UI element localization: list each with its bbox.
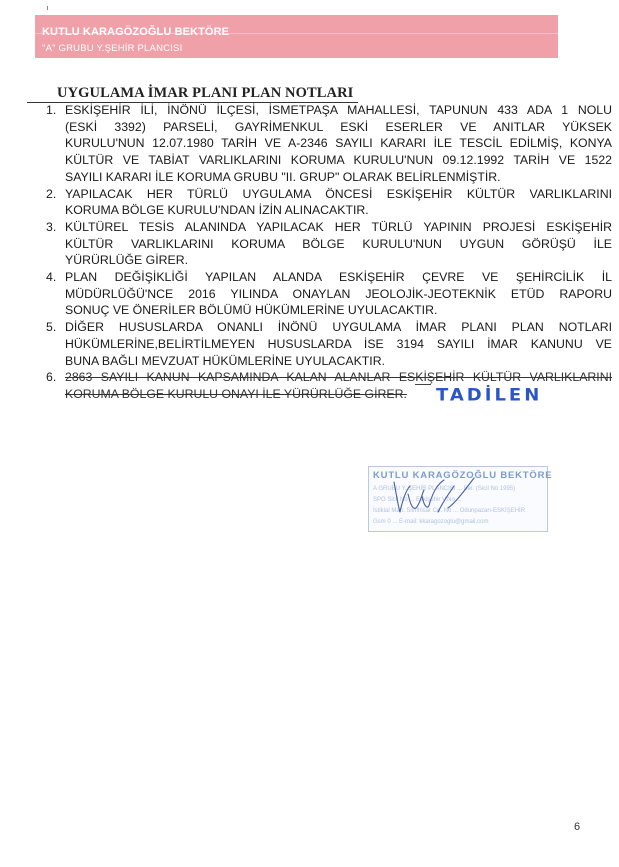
note-line: KÜLTÜREL TESİS ALANINDA YAPILACAK HER TÜ… [65,219,612,236]
note-number: 1. [46,102,56,119]
note-line: YAPILACAK HER TÜRLÜ UYGULAMA ÖNCESİ ESKİ… [65,186,612,203]
note-number: 6. [46,369,56,386]
note-number: 2. [46,186,56,203]
note-line: DİĞER HUSUSLARDA ONANLI İNÖNÜ UYGULAMA İ… [65,319,612,336]
plan-note-1: 1.ESKİŞEHİR İLİ, İNÖNÜ İLÇESİ, İSMETPAŞA… [46,102,612,186]
signature-icon [388,472,478,516]
note-line: SAYILI KARARI İLE KORUMA GRUBU "II. GRUP… [65,169,612,186]
plan-note-4: 4.PLAN DEĞİŞİKLİĞİ YAPILAN ALANDA ESKİŞE… [46,269,612,319]
amendment-stamp: TADİLEN [436,386,542,406]
note-line: (ESKİ 3392) PARSELİ, GAYRİMENKUL ESKİ ES… [65,119,612,136]
scan-mark [47,6,48,10]
planner-title: "A" GRUBU Y.ŞEHİR PLANCISI [42,43,182,54]
strike-dash [415,384,431,385]
note-number: 5. [46,319,56,336]
plan-note-5: 5.DİĞER HUSUSLARDA ONANLI İNÖNÜ UYGULAMA… [46,319,612,369]
page-number: 6 [574,821,580,833]
plan-note-3: 3.KÜLTÜREL TESİS ALANINDA YAPILACAK HER … [46,219,612,269]
note-line: BUNA BAĞLI MEVZUAT HÜKÜMLERİNE UYULACAKT… [65,353,612,370]
document-title: UYGULAMA İMAR PLANI PLAN NOTLARI [57,85,353,102]
note-number: 4. [46,269,56,286]
note-line: KÜLTÜR VE TABİAT VARLIKLARINI KORUMA KUR… [65,152,612,169]
planner-name: KUTLU KARAGÖZOĞLU BEKTÖRE [42,26,229,38]
note-line: KORUMA BÖLGE KURULU'NDAN İZİN ALINACAKTI… [65,202,612,219]
note-line: ESKİŞEHİR İLİ, İNÖNÜ İLÇESİ, İSMETPAŞA M… [65,102,612,119]
note-line: YÜRÜRLÜĞE GİRER. [65,252,612,269]
note-line: MÜDÜRLÜĞÜ'NCE 2016 YILINDA ONAYLAN JEOLO… [65,286,612,303]
plan-note-2: 2.YAPILACAK HER TÜRLÜ UYGULAMA ÖNCESİ ES… [46,186,612,219]
note-line: SONUÇ VE ÖNERİLER BÖLÜMÜ HÜKÜMLERİNE UYU… [65,302,612,319]
letterhead-banner: KUTLU KARAGÖZOĞLU BEKTÖRE "A" GRUBU Y.ŞE… [35,15,558,58]
note-line: PLAN DEĞİŞİKLİĞİ YAPILAN ALANDA ESKİŞEHİ… [65,269,612,286]
plan-notes-list: 1.ESKİŞEHİR İLİ, İNÖNÜ İLÇESİ, İSMETPAŞA… [46,102,612,403]
note-line: 2863 SAYILI KANUN KAPSAMINDA KALAN ALANL… [65,369,612,386]
note-line: KÜLTÜR VARLIKLARINI KORUMA BÖLGE KURULU'… [65,236,612,253]
note-number: 3. [46,219,56,236]
note-line: HÜKÜMLERİNE,BELİRTİLMEYEN HUSUSLARDA İSE… [65,336,612,353]
note-line: KURULU'NUN 12.07.1980 TARİH VE A-2346 SA… [65,135,612,152]
office-stamp-line: Gsm 0 ... E-mail: kkaragozoglu@gmail.com [373,519,488,525]
